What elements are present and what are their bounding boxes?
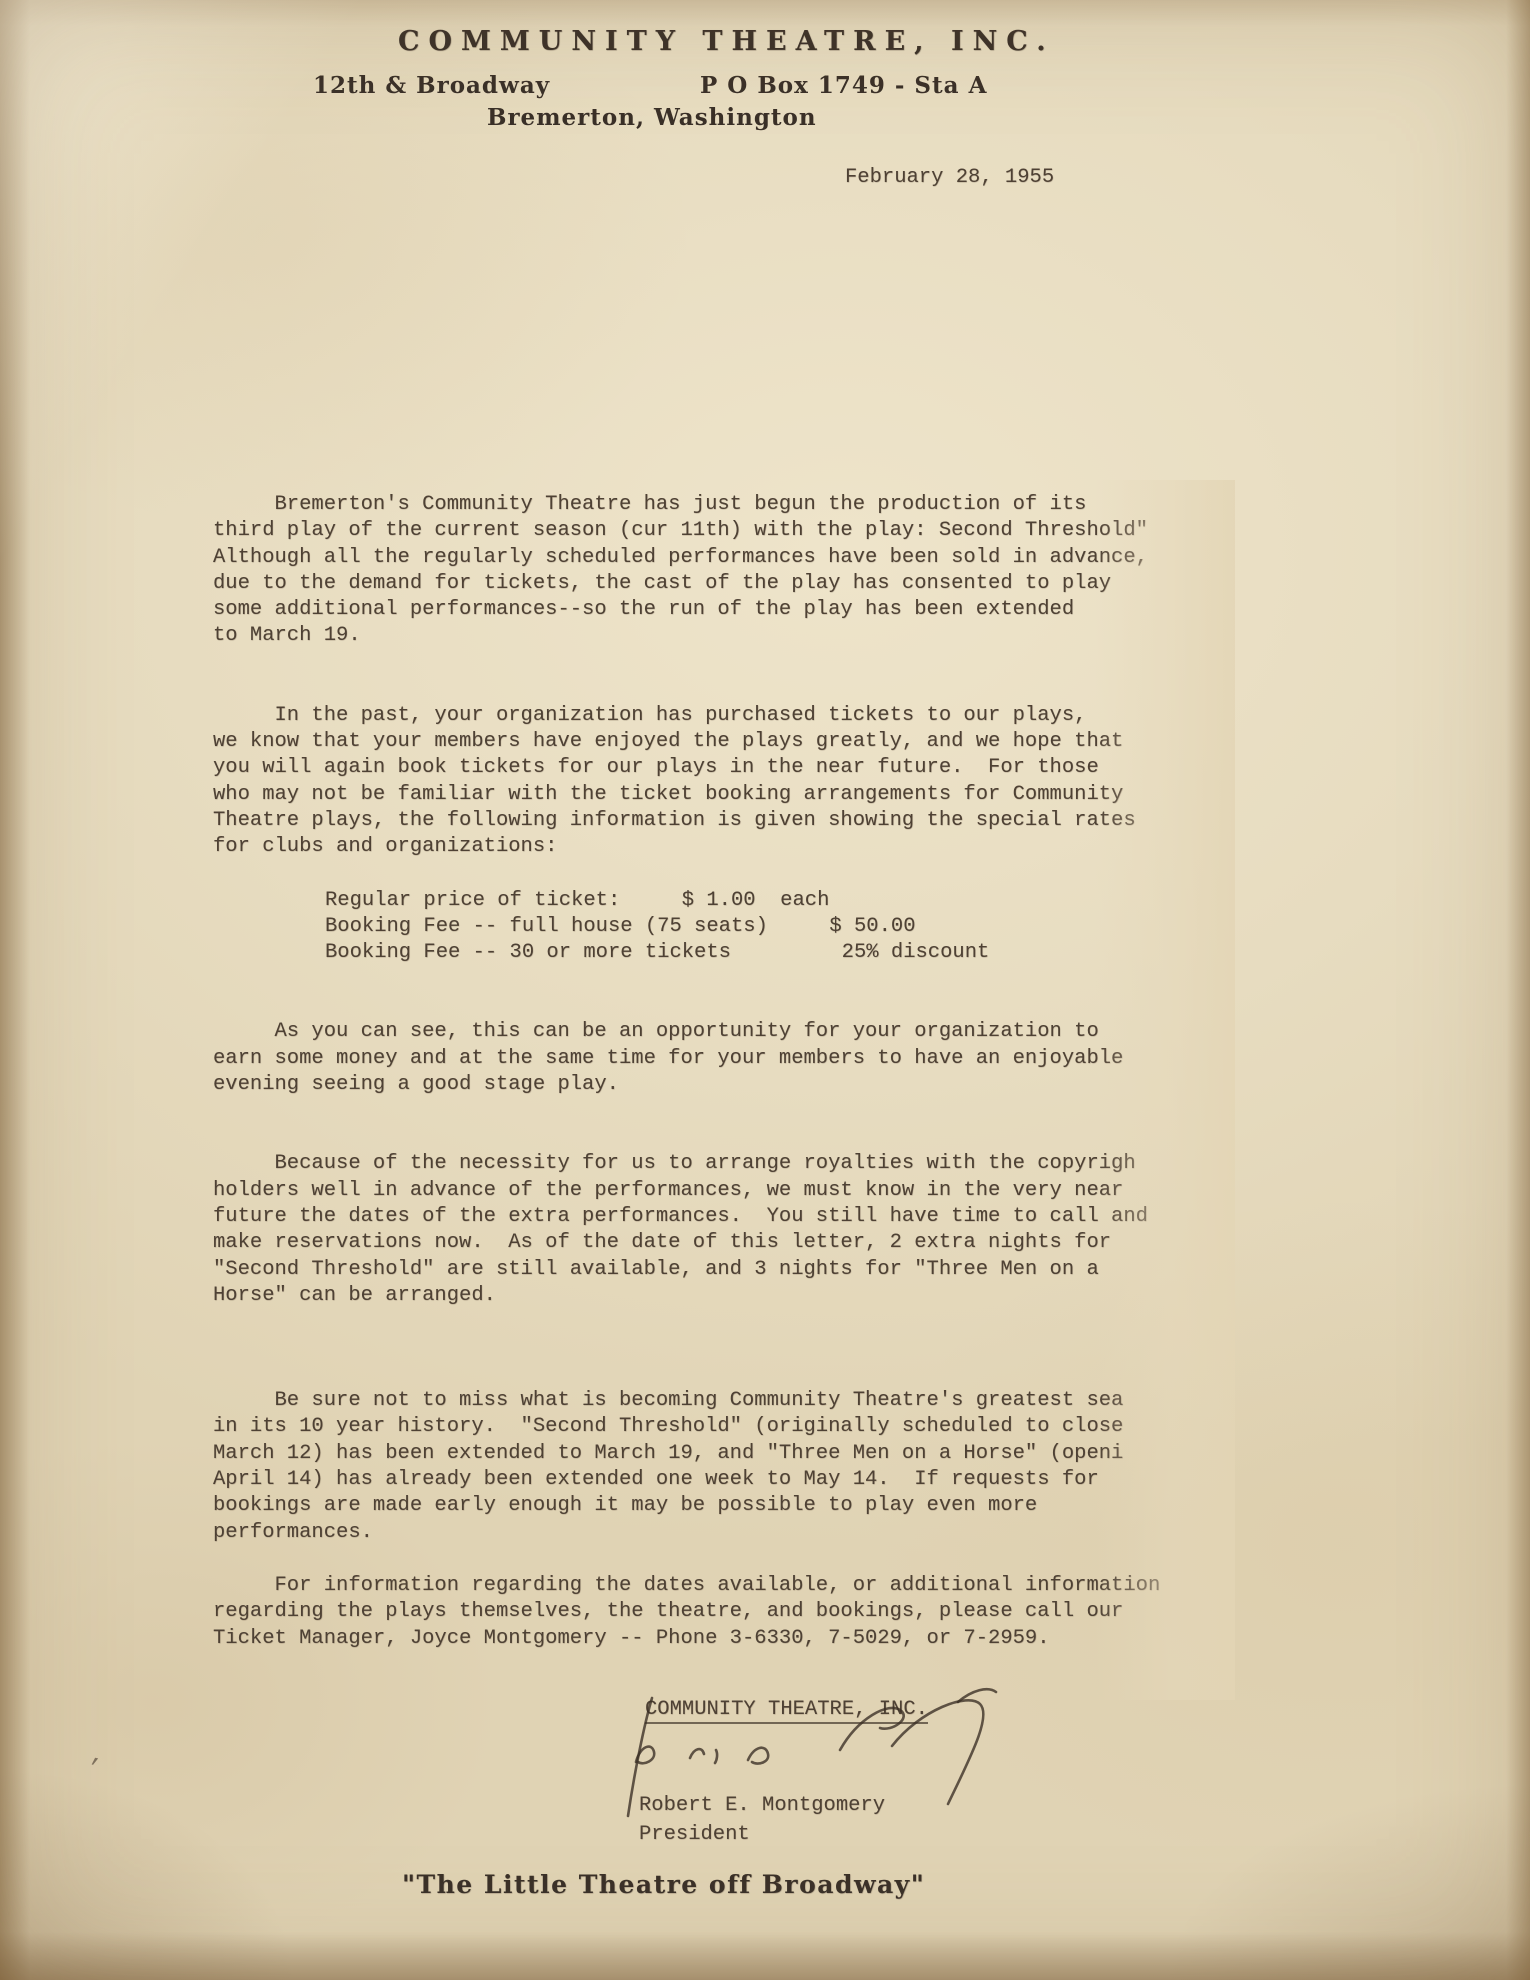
signer-title: President — [639, 1823, 928, 1846]
closing-block: COMMUNITY THEATRE, INC. Robert E. Montgo… — [645, 1698, 928, 1846]
stray-ink-mark: ’ — [83, 1755, 103, 1784]
letterhead-org-name: COMMUNITY THEATRE, INC. — [398, 26, 1055, 57]
footer-tagline: "The Little Theatre off Broadway" — [402, 1870, 925, 1899]
paragraph-production-announcement: Bremerton's Community Theatre has just b… — [213, 492, 1213, 650]
paragraph-opportunity: As you can see, this can be an opportuni… — [213, 1019, 1213, 1098]
letterhead-po-box: P O Box 1749 - Sta A — [700, 72, 987, 99]
paragraph-contact-info: For information regarding the dates avai… — [213, 1573, 1213, 1652]
rates-table: Regular price of ticket: $ 1.00 each Boo… — [325, 888, 1213, 967]
letterhead-street: 12th & Broadway — [313, 72, 550, 99]
scanned-letter-page: COMMUNITY THEATRE, INC. 12th & Broadway … — [0, 0, 1530, 1980]
letterhead-city: Bremerton, Washington — [487, 104, 817, 131]
paragraph-extended-run: Be sure not to miss what is becoming Com… — [213, 1388, 1213, 1546]
paragraph-royalties: Because of the necessity for us to arran… — [213, 1151, 1213, 1309]
paragraph-booking-info: In the past, your organization has purch… — [213, 703, 1213, 861]
closing-org-name: COMMUNITY THEATRE, INC. — [645, 1698, 928, 1724]
signer-name: Robert E. Montgomery — [639, 1794, 928, 1817]
date-line: February 28, 1955 — [845, 166, 1054, 189]
letter-body: Bremerton's Community Theatre has just b… — [213, 492, 1213, 1705]
